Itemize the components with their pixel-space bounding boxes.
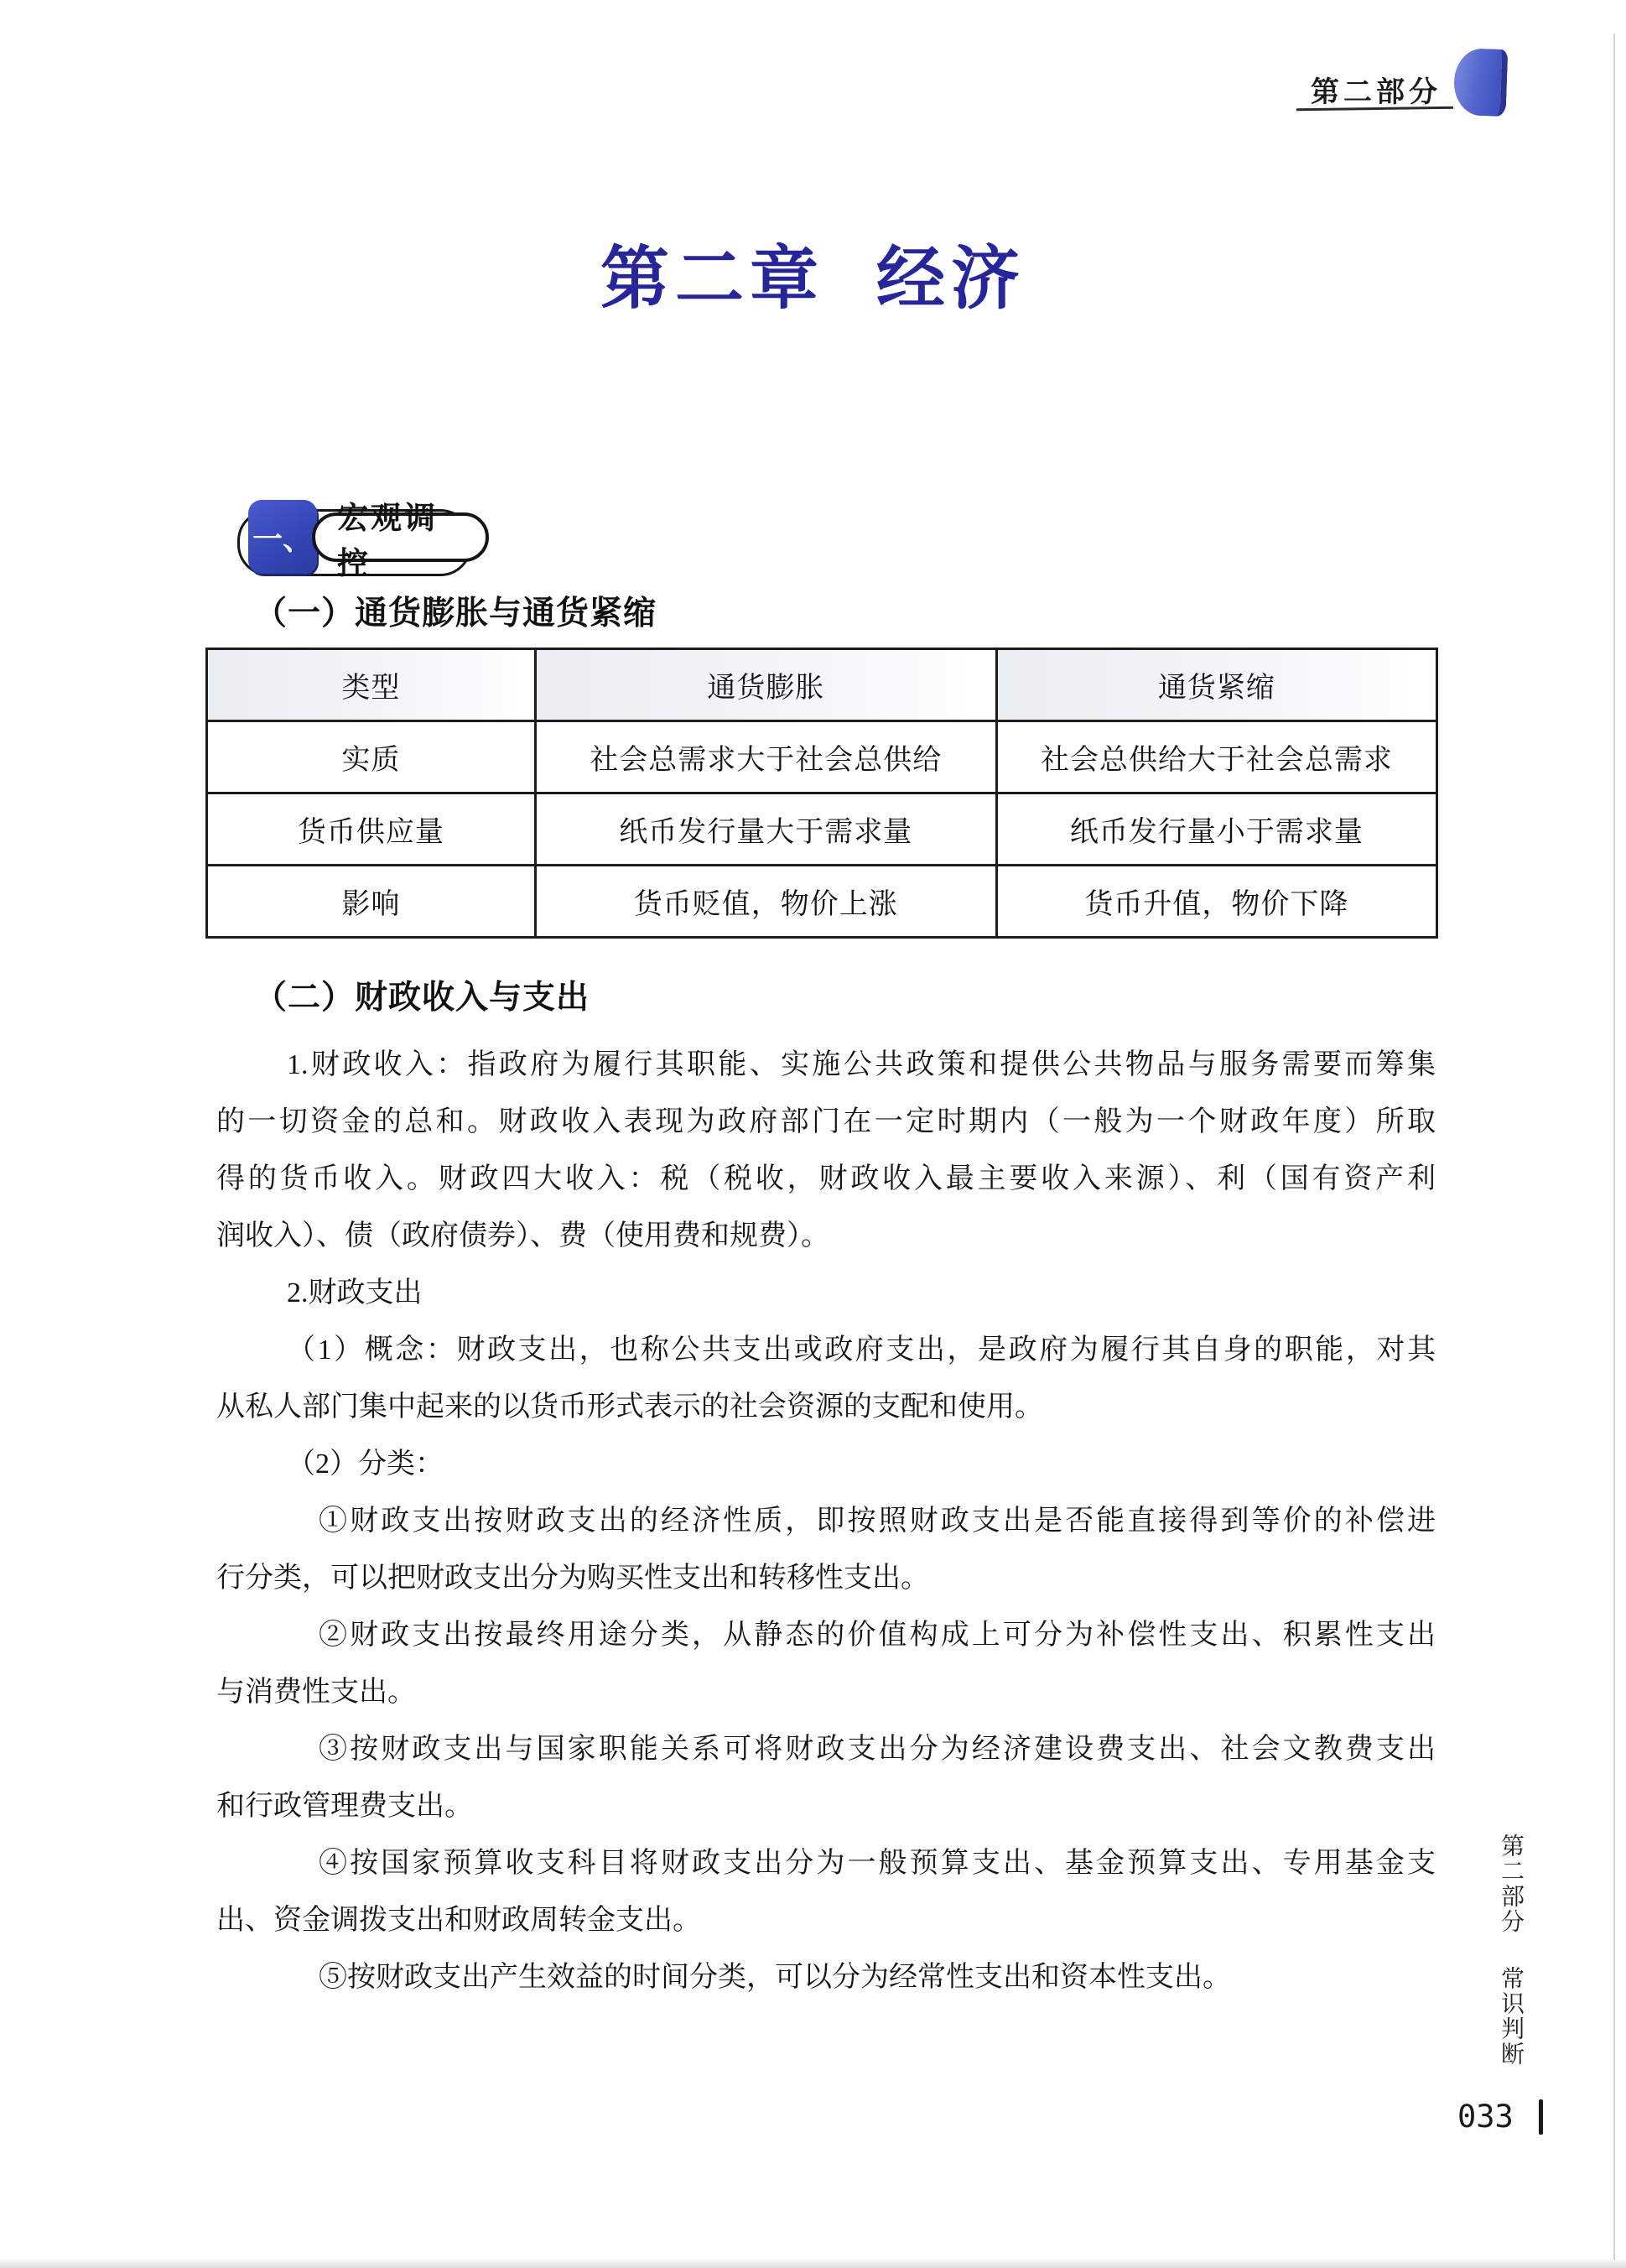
body-line: ③按财政支出与国家职能关系可将财政支出分为经济建设费支出、社会文教费支出 [216,1721,1436,1778]
body-line: ①财政支出按财政支出的经济性质，即按照财政支出是否能直接得到等价的补偿进 [216,1493,1436,1550]
page-number-bar [1539,2099,1543,2135]
running-head-part-label: 第二部分 [1311,69,1442,110]
table-cell: 货币供应量 [207,793,536,866]
blue-semicircle-icon [1453,48,1509,117]
body-line: （2）分类： [216,1436,1436,1493]
table-row: 货币供应量纸币发行量大于需求量纸币发行量小于需求量 [207,793,1437,866]
body-line: 得的货币收入。财政四大收入：税（税收，财政收入最主要收入来源）、利（国有资产利 [216,1151,1436,1208]
table-cell: 实质 [207,721,536,793]
body-line: 的一切资金的总和。财政收入表现为政府部门在一定时期内（一般为一个财政年度）所取 [216,1094,1436,1151]
table-cell: 社会总供给大于社会总需求 [996,721,1436,793]
table-cell: 纸币发行量小于需求量 [996,793,1436,866]
section-badge: 一、 宏观调控 [237,500,489,580]
sidebar-category: 常识判断 [1499,1966,1525,2067]
table-row: 影响货币贬值，物价上涨货币升值，物价下降 [207,866,1437,938]
sidebar-vertical-label: 第二部分常识判断 [1494,1834,1528,2102]
scanned-book-page: 第二部分 第二章经济 一、 宏观调控 （一）通货膨胀与通货紧缩 （二）财政收入与… [0,0,1626,2268]
subsection-heading-2: （二）财政收入与支出 [254,971,590,1018]
page-number: 033 [1457,2099,1543,2135]
table-cell: 纸币发行量大于需求量 [535,793,996,866]
body-line: ④按国家预算收支科目将财政支出分为一般预算支出、基金预算支出、专用基金支 [216,1835,1436,1892]
table-cell: 货币升值，物价下降 [996,866,1436,938]
chapter-title: 第二章经济 [0,240,1626,319]
sidebar-part: 第二部分 [1499,1834,1525,1934]
subsection-heading-1: （一）通货膨胀与通货紧缩 [254,587,657,634]
body-line: 行分类，可以把财政支出分为购买性支出和转移性支出。 [216,1550,1436,1607]
body-line: ②财政支出按最终用途分类，从静态的价值构成上可分为补偿性支出、积累性支出 [216,1607,1436,1664]
table-header-cell: 通货紧缩 [996,649,1436,721]
body-line: 2.财政支出 [216,1265,1436,1322]
page-number-value: 033 [1457,2099,1514,2135]
scan-edge-bottom [0,2260,1626,2268]
table-header-cell: 通货膨胀 [535,649,996,721]
body-line: 和行政管理费支出。 [216,1778,1436,1835]
body-text: 1.财政收入：指政府为履行其职能、实施公共政策和提供公共物品与服务需要而筹集的一… [216,1037,1436,2006]
table-header-cell: 类型 [207,649,536,721]
body-line: 1.财政收入：指政府为履行其职能、实施公共政策和提供公共物品与服务需要而筹集 [216,1037,1436,1094]
inflation-deflation-table: 类型通货膨胀通货紧缩 实质社会总需求大于社会总供给社会总供给大于社会总需求货币供… [205,648,1438,939]
body-line: ⑤按财政支出产生效益的时间分类，可以分为经常性支出和资本性支出。 [216,1949,1436,2006]
chapter-subject: 经济 [876,241,1026,317]
body-line: 从私人部门集中起来的以货币形式表示的社会资源的支配和使用。 [216,1379,1436,1436]
chapter-number: 第二章 [600,241,824,317]
table-cell: 货币贬值，物价上涨 [535,866,996,938]
body-line: （1）概念：财政支出，也称公共支出或政府支出，是政府为履行其自身的职能，对其 [216,1322,1436,1379]
section-badge-label: 宏观调控 [312,512,489,562]
body-line: 润收入）、债（政府债券）、费（使用费和规费）。 [216,1208,1436,1265]
table-row: 实质社会总需求大于社会总供给社会总供给大于社会总需求 [207,721,1437,793]
table-cell: 影响 [207,866,536,938]
body-line: 与消费性支出。 [216,1664,1436,1721]
body-line: 出、资金调拨支出和财政周转金支出。 [216,1892,1436,1949]
section-badge-number: 一、 [248,500,317,574]
table-header-row: 类型通货膨胀通货紧缩 [207,649,1437,721]
table-cell: 社会总需求大于社会总供给 [535,721,996,793]
scan-edge-right [1613,34,1615,2268]
